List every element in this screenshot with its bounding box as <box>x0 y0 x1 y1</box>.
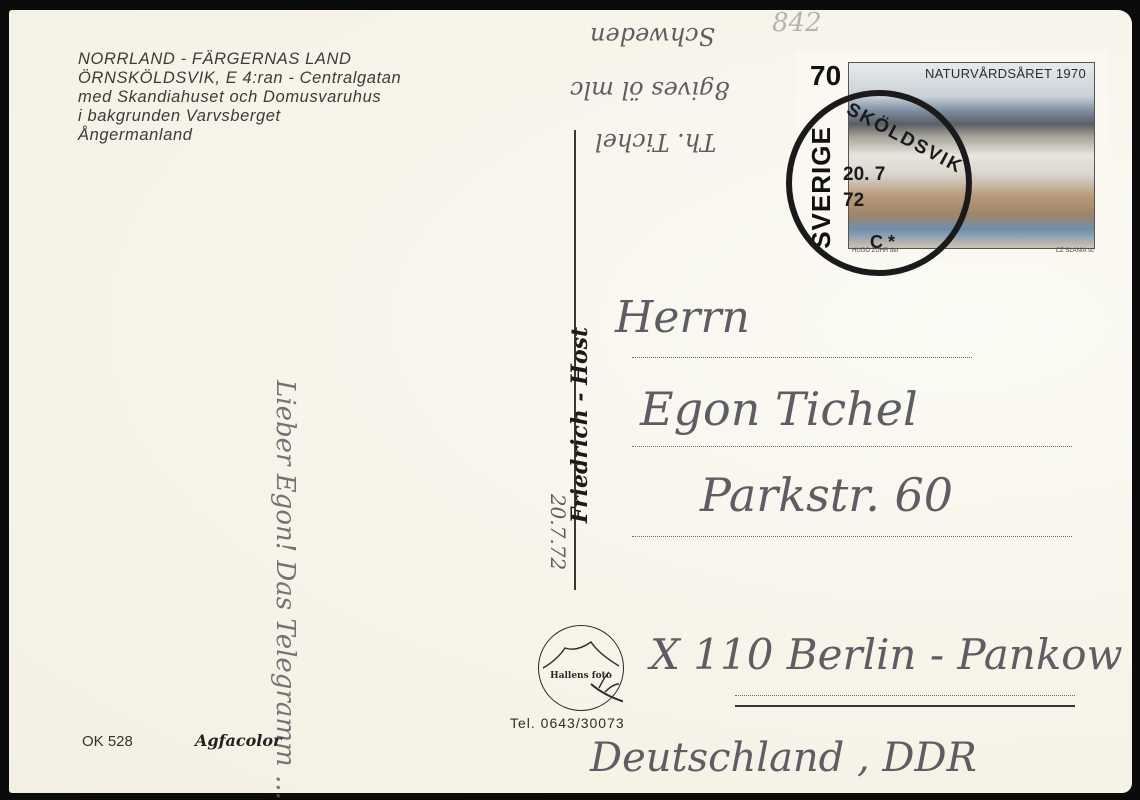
postcard-caption: NORRLAND - FÄRGERNAS LAND ÖRNSKÖLDSVIK, … <box>78 50 401 145</box>
stamp-title: NATURVÅRDSÅRET 1970 <box>925 66 1086 81</box>
caption-line: ÖRNSKÖLDSVIK, E 4:ran - Centralgatan <box>78 69 401 88</box>
publisher-imprint: Friedrich - Host <box>560 300 600 550</box>
corner-note: 842 <box>772 8 822 38</box>
handwritten-note: Schweden <box>590 22 715 50</box>
caption-line: Ångermanland <box>78 126 401 145</box>
stamp-engraver-credit: CZ SLANIA sc <box>1056 248 1094 254</box>
postmark-date: 20. 7 72 <box>843 162 885 214</box>
handwritten-note: 8gives öl mlc <box>570 76 730 104</box>
telephone-number: Tel. 0643/30073 <box>510 715 625 731</box>
caption-line: med Skandiahuset och Domusvaruhus <box>78 88 401 107</box>
stamp-value: 70 <box>810 60 841 92</box>
card-code: OK 528 <box>82 733 133 750</box>
address-street: Parkstr. 60 <box>700 468 953 522</box>
address-underline <box>735 705 1075 707</box>
address-line <box>632 446 1072 447</box>
film-brand: Agfacolor <box>195 731 281 750</box>
photographer-logo: Hallens foto <box>538 625 624 711</box>
mountain-icon <box>539 626 623 710</box>
caption-line: i bakgrunden Varvsberget <box>78 107 401 126</box>
address-line <box>632 536 1072 537</box>
caption-line: NORRLAND - FÄRGERNAS LAND <box>78 50 401 69</box>
address-line <box>735 695 1075 696</box>
address-salutation: Herrn <box>615 292 750 343</box>
address-name: Egon Tichel <box>640 382 918 436</box>
address-line <box>632 357 972 358</box>
postmark-office: C * <box>870 232 895 253</box>
handwritten-note: Th. Tichel <box>595 128 716 156</box>
address-country: Deutschland , DDR <box>590 735 977 781</box>
address-city: X 110 Berlin - Pankow <box>650 630 1123 679</box>
